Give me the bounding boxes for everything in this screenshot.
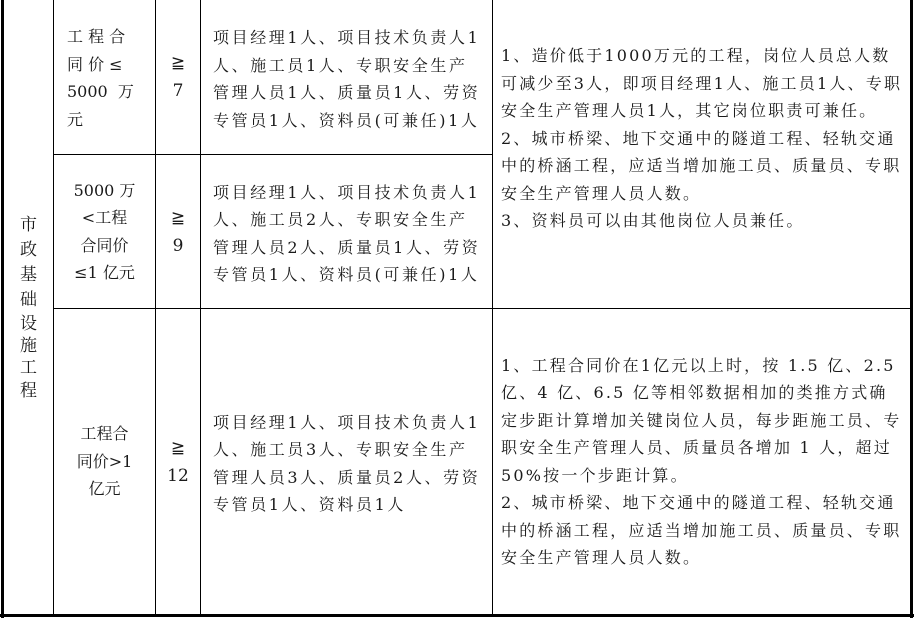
min-count-value: 9 — [173, 232, 184, 260]
border-bottom — [0, 614, 914, 617]
condition-line: 5000 万 — [74, 177, 136, 205]
condition-line: 合同价 — [80, 232, 128, 260]
condition-line: 同 价 ≤ — [67, 51, 123, 79]
condition-line: 元 — [67, 106, 83, 134]
condition-line: 同价>1 — [77, 448, 133, 476]
staffing-text: 项目经理1人、项目技术负责人1人、施工员2人、专职安全生产管理人员2人、质量员1… — [213, 179, 484, 289]
note-item: 3、资料员可以由其他岗位人员兼任。 — [501, 207, 905, 235]
category-char: 工 — [20, 357, 37, 379]
condition-cell-row2: 5000 万 <工程 合同价 ≤1 亿元 — [54, 155, 155, 308]
min-count-value: 12 — [167, 462, 189, 490]
note-item: 2、城市桥梁、地下交通中的隧道工程、轻轨交通中的桥涵工程，应适当增加施工员、质量… — [501, 489, 905, 572]
note-item: 1、工程合同价在1亿元以上时，按 1.5 亿、2.5 亿、4 亿、6.5 亿等相… — [501, 352, 905, 490]
notes-cell-lower: 1、工程合同价在1亿元以上时，按 1.5 亿、2.5 亿、4 亿、6.5 亿等相… — [493, 309, 911, 614]
staffing-cell-row2: 项目经理1人、项目技术负责人1人、施工员2人、专职安全生产管理人员2人、质量员1… — [201, 155, 492, 308]
condition-line: <工程 — [82, 204, 127, 232]
notes-cell-upper: 1、造价低于1000万元的工程，岗位人员总人数可减少至3人，即项目经理1人、施工… — [493, 24, 911, 274]
category-char: 设 — [20, 313, 37, 335]
min-count-cell-row1: ≧ 7 — [156, 0, 200, 154]
note-item: 2、城市桥梁、地下交通中的隧道工程、轻轨交通中的桥涵工程，应适当增加施工员、质量… — [501, 125, 905, 208]
gte-symbol: ≧ — [171, 434, 185, 462]
condition-cell-row1: 工 程 合 同 价 ≤ 5000 万 元 — [54, 18, 155, 138]
note-item: 1、造价低于1000万元的工程，岗位人员总人数可减少至3人，即项目经理1人、施工… — [501, 42, 905, 125]
condition-line: ≤1 亿元 — [74, 259, 135, 287]
staffing-table: 市 政 基 础 设 施 工 程 工 程 合 同 价 ≤ 5000 万 元 ≧ 7… — [0, 0, 914, 618]
min-count-value: 7 — [173, 77, 184, 105]
staffing-text: 项目经理1人、项目技术负责人1人、施工员1人、专职安全生产管理人员1人、质量员1… — [213, 24, 484, 134]
category-char: 础 — [20, 288, 37, 313]
category-char: 政 — [20, 238, 37, 263]
min-count-cell-row2: ≧ 9 — [156, 155, 200, 308]
min-count-cell-row3: ≧ 12 — [156, 309, 200, 614]
staffing-cell-row3: 项目经理1人、项目技术负责人1人、施工员3人、专职安全生产管理人员3人、质量员2… — [201, 309, 492, 614]
condition-line: 5000 万 — [67, 78, 134, 106]
gte-symbol: ≧ — [171, 204, 185, 232]
staffing-cell-row1: 项目经理1人、项目技术负责人1人、施工员1人、专职安全生产管理人员1人、质量员1… — [201, 0, 492, 154]
condition-line: 工 程 合 — [67, 23, 125, 51]
staffing-text: 项目经理1人、项目技术负责人1人、施工员3人、专职安全生产管理人员3人、质量员2… — [213, 409, 484, 519]
category-cell: 市 政 基 础 设 施 工 程 — [4, 0, 53, 616]
gte-symbol: ≧ — [171, 49, 185, 77]
category-char: 施 — [20, 335, 37, 357]
category-char: 程 — [20, 379, 37, 404]
category-char: 基 — [20, 263, 37, 288]
condition-line: 工程合 — [80, 420, 128, 448]
condition-cell-row3: 工程合 同价>1 亿元 — [54, 309, 155, 614]
category-char: 市 — [20, 213, 37, 238]
condition-line: 亿元 — [88, 475, 120, 503]
